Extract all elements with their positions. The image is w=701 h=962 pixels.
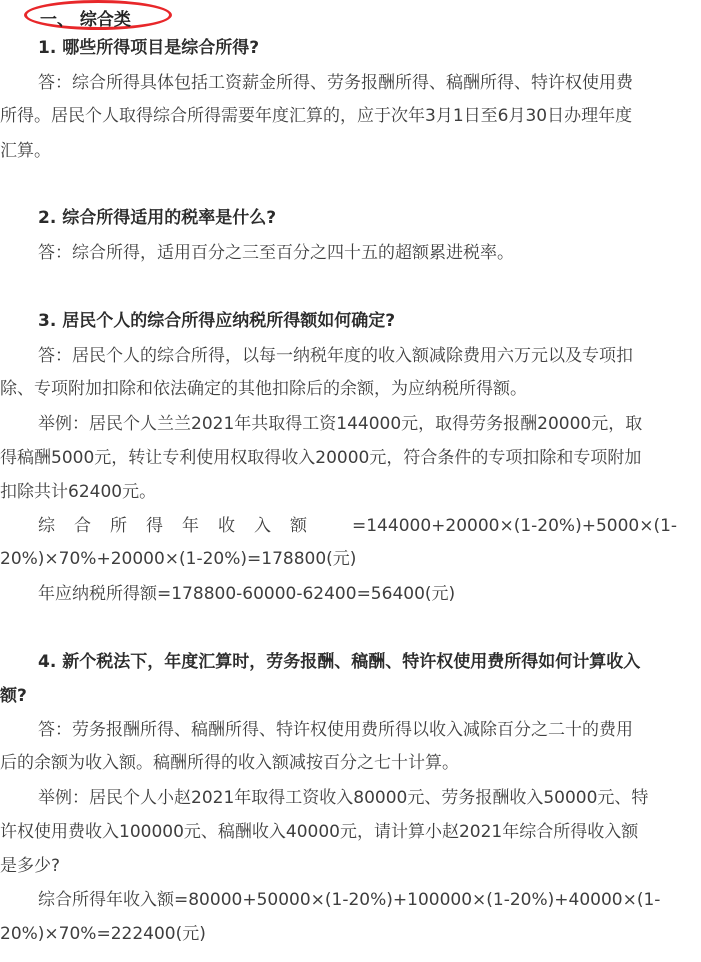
question-3-example-line: 扣除共计62400元。 (0, 482, 156, 502)
question-3-example-line: 举例：居民个人兰兰2021年共取得工资144000元，取得劳务报酬20000元，… (38, 414, 642, 434)
question-4-example-line: 是多少? (0, 856, 60, 876)
question-4-formula-line: 20%)×70%=222400(元) (0, 924, 206, 944)
question-4-example-line: 许权使用费收入100000元、稿酬收入40000元，请计算小赵2021年综合所得… (0, 822, 638, 842)
question-3-example-line: 得稿酬5000元，转让专利使用权取得收入20000元，符合条件的专项扣除和专项附… (0, 448, 641, 468)
question-1-answer-line: 答：综合所得具体包括工资薪金所得、劳务报酬所得、稿酬所得、特许权使用费 (38, 73, 633, 93)
question-1-answer-line: 汇算。 (0, 141, 51, 161)
question-4-formula-line: 综合所得年收入额=80000+50000×(1-20%)+100000×(1-2… (38, 890, 660, 910)
question-1-answer-line: 所得。居民个人取得综合所得需要年度汇算的，应于次年3月1日至6月30日办理年度 (0, 106, 632, 126)
question-4-example-line: 举例：居民个人小赵2021年取得工资收入80000元、劳务报酬收入50000元、… (38, 788, 648, 808)
question-2-heading: 2. 综合所得适用的税率是什么? (38, 208, 276, 228)
question-4-answer-line: 答：劳务报酬所得、稿酬所得、特许权使用费所得以收入减除百分之二十的费用 (38, 720, 633, 740)
question-3-answer-line: 除、专项附加扣除和依法确定的其他扣除后的余额，为应纳税所得额。 (0, 379, 527, 399)
question-3-formula-line: =144000+20000×(1-20%)+5000×(1- (352, 516, 677, 536)
question-3-answer-line: 答：居民个人的综合所得，以每一纳税年度的收入额减除费用六万元以及专项扣 (38, 346, 633, 366)
question-3-formula-label: 综合所得年收入额 (38, 516, 326, 536)
question-4-heading-cont: 额? (0, 686, 27, 706)
question-1-heading: 1. 哪些所得项目是综合所得? (38, 38, 259, 58)
question-4-answer-line: 后的余额为收入额。稿酬所得的收入额减按百分之七十计算。 (0, 753, 459, 773)
question-3-taxable-income: 年应纳税所得额=178800-60000-62400=56400(元) (38, 584, 455, 604)
question-3-heading: 3. 居民个人的综合所得应纳税所得额如何确定? (38, 311, 395, 331)
section-title: 一、 综合类 (40, 5, 131, 30)
question-2-answer-line: 答：综合所得，适用百分之三至百分之四十五的超额累进税率。 (38, 243, 514, 263)
question-4-heading: 4. 新个税法下，年度汇算时，劳务报酬、稿酬、特许权使用费所得如何计算收入 (38, 652, 640, 672)
question-3-formula-line: 20%)×70%+20000×(1-20%)=178800(元) (0, 549, 356, 569)
